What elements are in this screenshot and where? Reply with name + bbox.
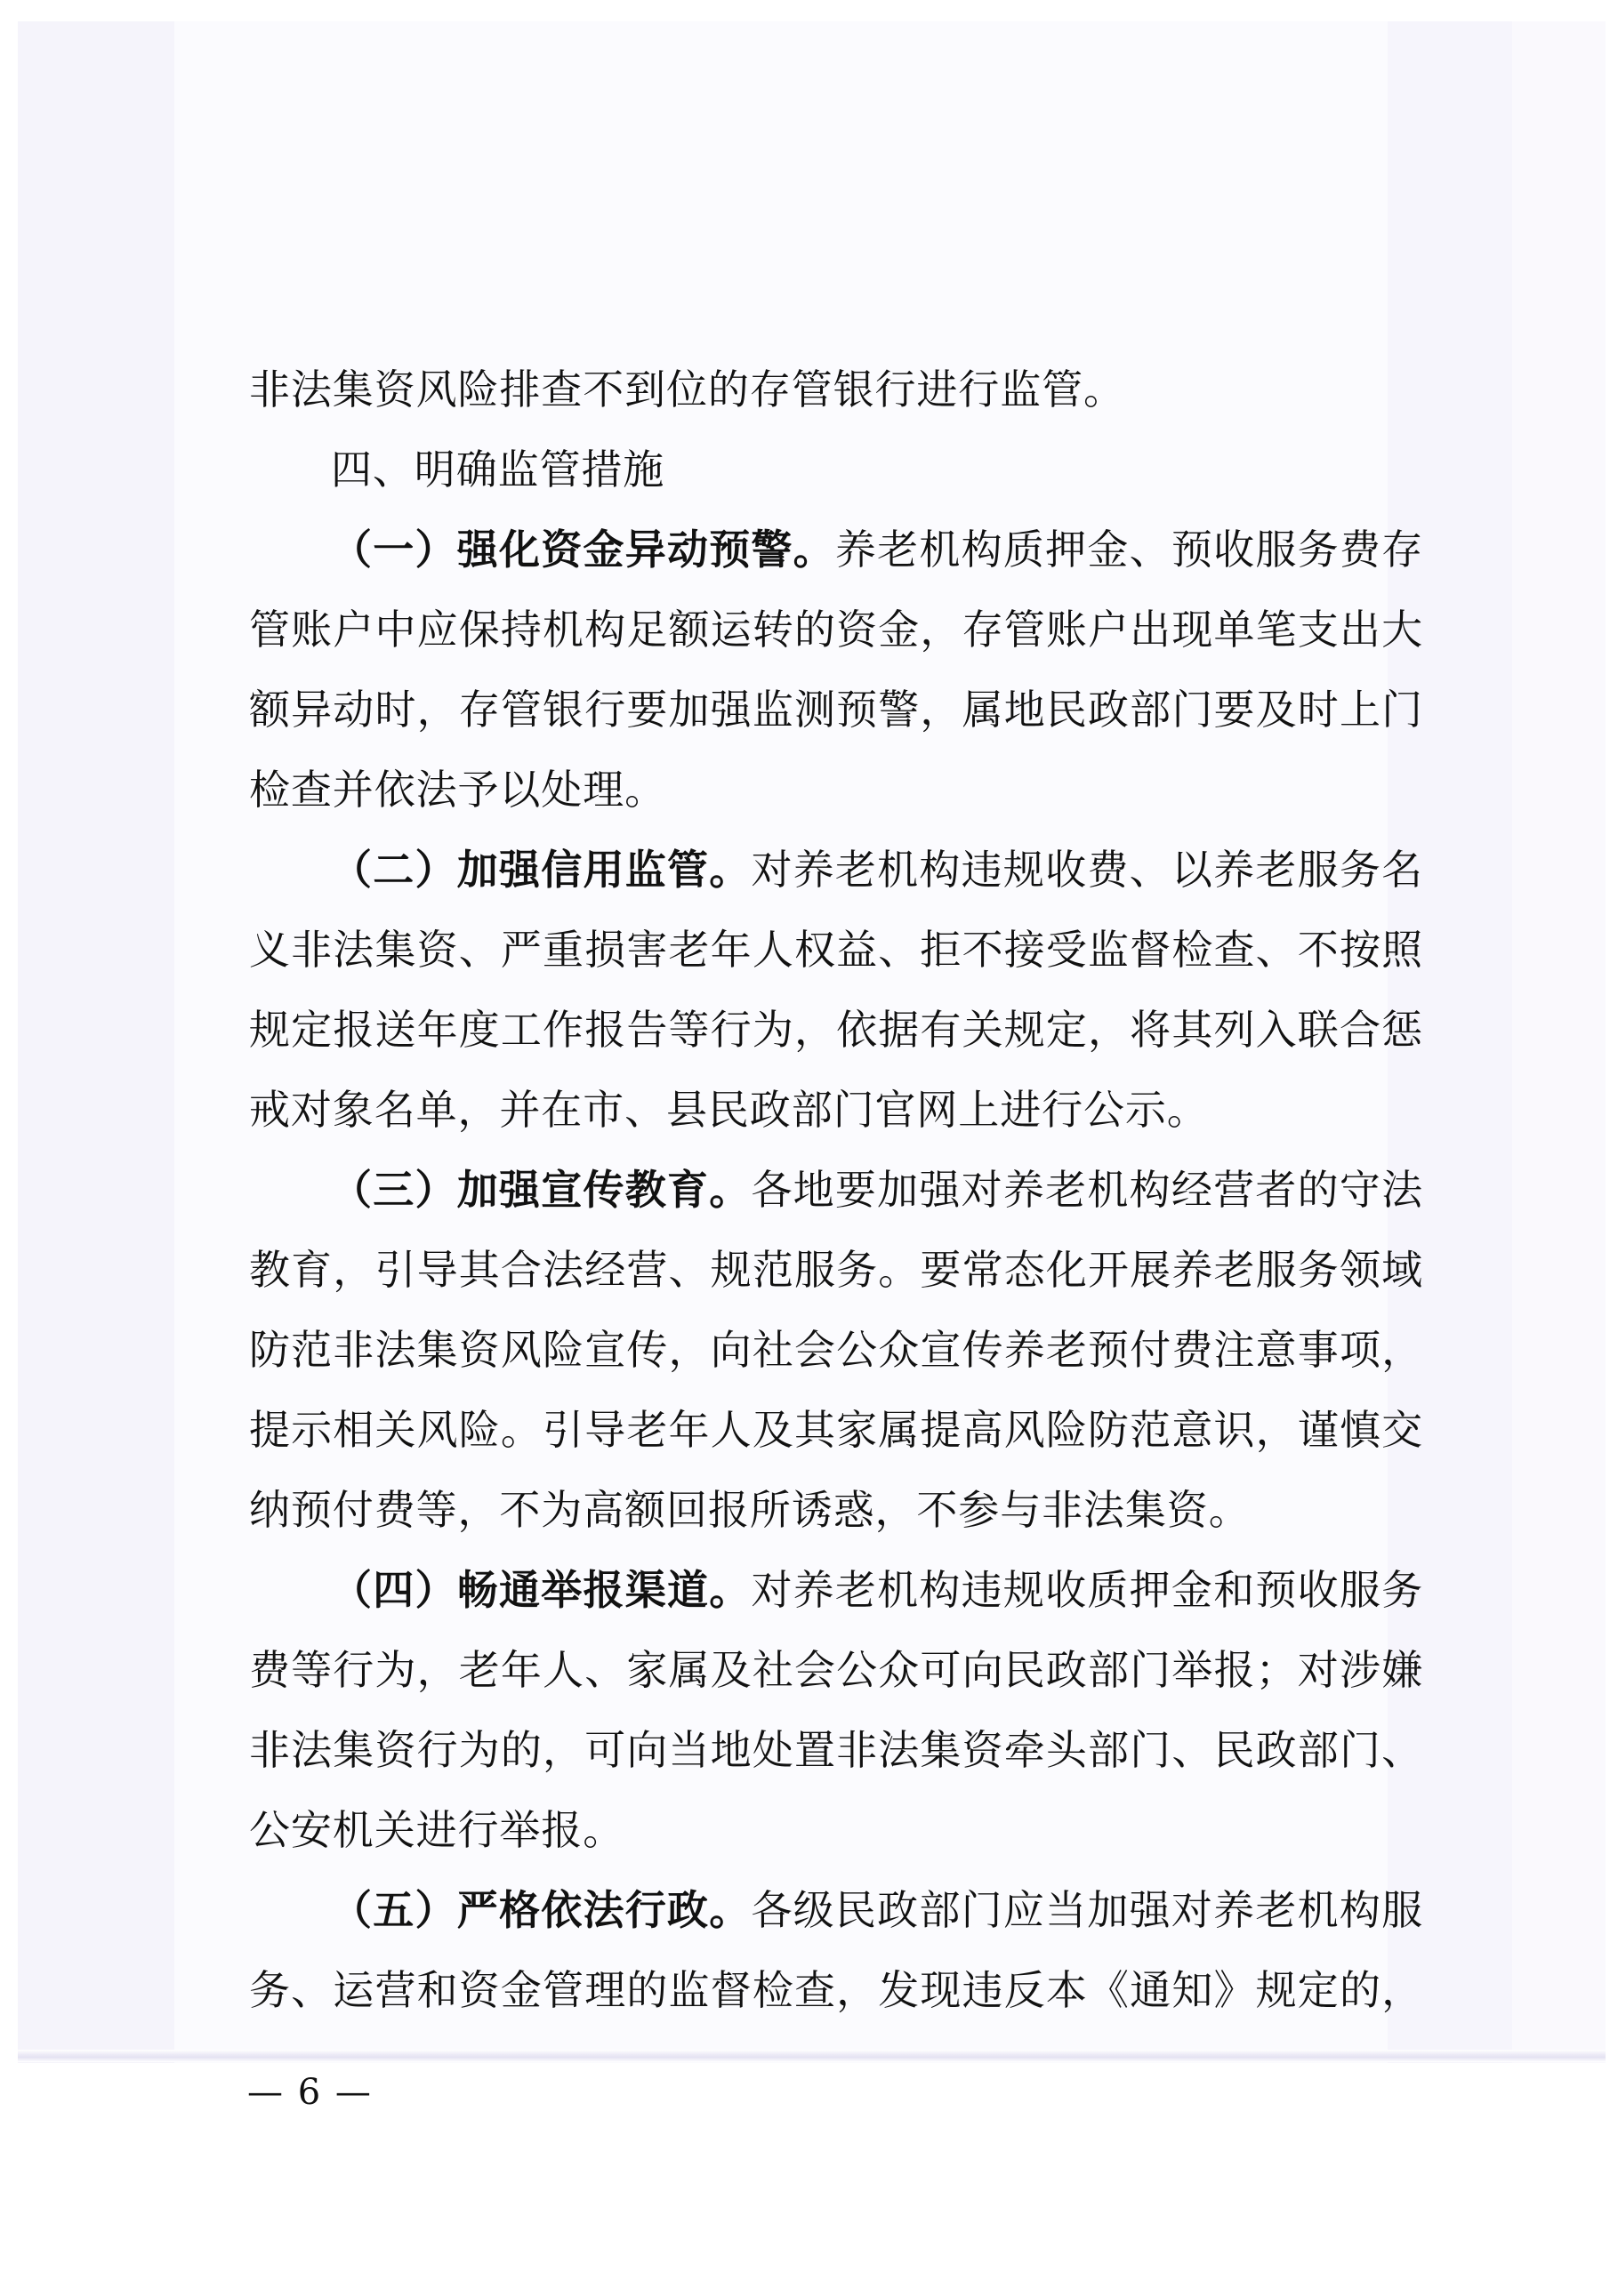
- line-text: 额异动时，存管银行要加强监测预警，属地民政部门要及时上门: [249, 686, 1423, 734]
- line-text: 各级民政部门应当加强对养老机构服: [751, 1886, 1423, 1934]
- section-heading: 四、明确监管措施: [249, 429, 1423, 510]
- text-line: 防范非法集资风险宣传，向社会公众宣传养老预付费注意事项，: [249, 1310, 1423, 1390]
- text-line: 额异动时，存管银行要加强监测预警，属地民政部门要及时上门: [249, 670, 1423, 750]
- text-line: 非法集资风险排查不到位的存管银行进行监管。: [249, 349, 1423, 429]
- item-first-line: （二）加强信用监管。对养老机构违规收费、以养老服务名: [249, 830, 1423, 910]
- page-bottom-margin: [0, 2063, 1618, 2296]
- line-text: 公安机关进行举报。: [249, 1806, 624, 1854]
- page-number: — 6 —: [247, 2072, 373, 2113]
- item-title: （五）严格依法行政。: [331, 1886, 751, 1934]
- item-title: （四）畅通举报渠道。: [331, 1566, 751, 1614]
- line-text: 义非法集资、严重损害老年人权益、拒不接受监督检查、不按照: [249, 926, 1423, 974]
- item-first-line: （三）加强宣传教育。各地要加强对养老机构经营者的守法: [249, 1150, 1423, 1230]
- item-title: （一）强化资金异动预警。: [331, 526, 835, 574]
- text-line: 戒对象名单，并在市、县民政部门官网上进行公示。: [249, 1070, 1423, 1150]
- document-body: 非法集资风险排查不到位的存管银行进行监管。四、明确监管措施（一）强化资金异动预警…: [249, 349, 1423, 2030]
- line-text: 防范非法集资风险宣传，向社会公众宣传养老预付费注意事项，: [249, 1326, 1423, 1374]
- text-line: 公安机关进行举报。: [249, 1790, 1423, 1870]
- item-title: （三）加强宣传教育。: [331, 1166, 751, 1214]
- text-line: 管账户中应保持机构足额运转的资金，存管账户出现单笔支出大: [249, 590, 1423, 670]
- line-text: 对养老机构违规收质押金和预收服务: [751, 1566, 1423, 1614]
- line-text: 养老机构质押金、预收服务费存: [835, 526, 1423, 574]
- line-text: 各地要加强对养老机构经营者的守法: [751, 1166, 1423, 1214]
- line-text: 提示相关风险。引导老年人及其家属提高风险防范意识，谨慎交: [249, 1406, 1423, 1454]
- text-line: 提示相关风险。引导老年人及其家属提高风险防范意识，谨慎交: [249, 1390, 1423, 1470]
- line-text: 管账户中应保持机构足额运转的资金，存管账户出现单笔支出大: [249, 606, 1423, 654]
- line-text: 四、明确监管措施: [331, 446, 664, 494]
- line-text: 教育，引导其合法经营、规范服务。要常态化开展养老服务领域: [249, 1246, 1423, 1294]
- item-title: （二）加强信用监管。: [331, 846, 751, 894]
- text-line: 务、运营和资金管理的监督检查，发现违反本《通知》规定的，: [249, 1950, 1423, 2030]
- text-line: 纳预付费等，不为高额回报所诱惑，不参与非法集资。: [249, 1470, 1423, 1550]
- line-text: 纳预付费等，不为高额回报所诱惑，不参与非法集资。: [249, 1486, 1251, 1534]
- item-first-line: （五）严格依法行政。各级民政部门应当加强对养老机构服: [249, 1870, 1423, 1950]
- text-line: 教育，引导其合法经营、规范服务。要常态化开展养老服务领域: [249, 1230, 1423, 1310]
- line-text: 检查并依法予以处理。: [249, 766, 666, 814]
- scan-shadow-left: [18, 21, 174, 2067]
- text-line: 规定报送年度工作报告等行为，依据有关规定，将其列入联合惩: [249, 990, 1423, 1070]
- text-line: 费等行为，老年人、家属及社会公众可向民政部门举报；对涉嫌: [249, 1630, 1423, 1710]
- scan-shadow-right-edge: [1512, 21, 1606, 2067]
- line-text: 务、运营和资金管理的监督检查，发现违反本《通知》规定的，: [249, 1966, 1423, 2014]
- line-text: 对养老机构违规收费、以养老服务名: [751, 846, 1423, 894]
- scan-edge-line: [18, 2050, 1606, 2062]
- line-text: 非法集资行为的，可向当地处置非法集资牵头部门、民政部门、: [249, 1726, 1423, 1774]
- line-text: 规定报送年度工作报告等行为，依据有关规定，将其列入联合惩: [249, 1006, 1423, 1054]
- line-text: 费等行为，老年人、家属及社会公众可向民政部门举报；对涉嫌: [249, 1646, 1423, 1694]
- text-line: 义非法集资、严重损害老年人权益、拒不接受监督检查、不按照: [249, 910, 1423, 990]
- text-line: 非法集资行为的，可向当地处置非法集资牵头部门、民政部门、: [249, 1710, 1423, 1790]
- text-line: 检查并依法予以处理。: [249, 750, 1423, 830]
- item-first-line: （一）强化资金异动预警。养老机构质押金、预收服务费存: [249, 510, 1423, 590]
- line-text: 非法集资风险排查不到位的存管银行进行监管。: [249, 365, 1125, 413]
- line-text: 戒对象名单，并在市、县民政部门官网上进行公示。: [249, 1086, 1209, 1134]
- item-first-line: （四）畅通举报渠道。对养老机构违规收质押金和预收服务: [249, 1550, 1423, 1630]
